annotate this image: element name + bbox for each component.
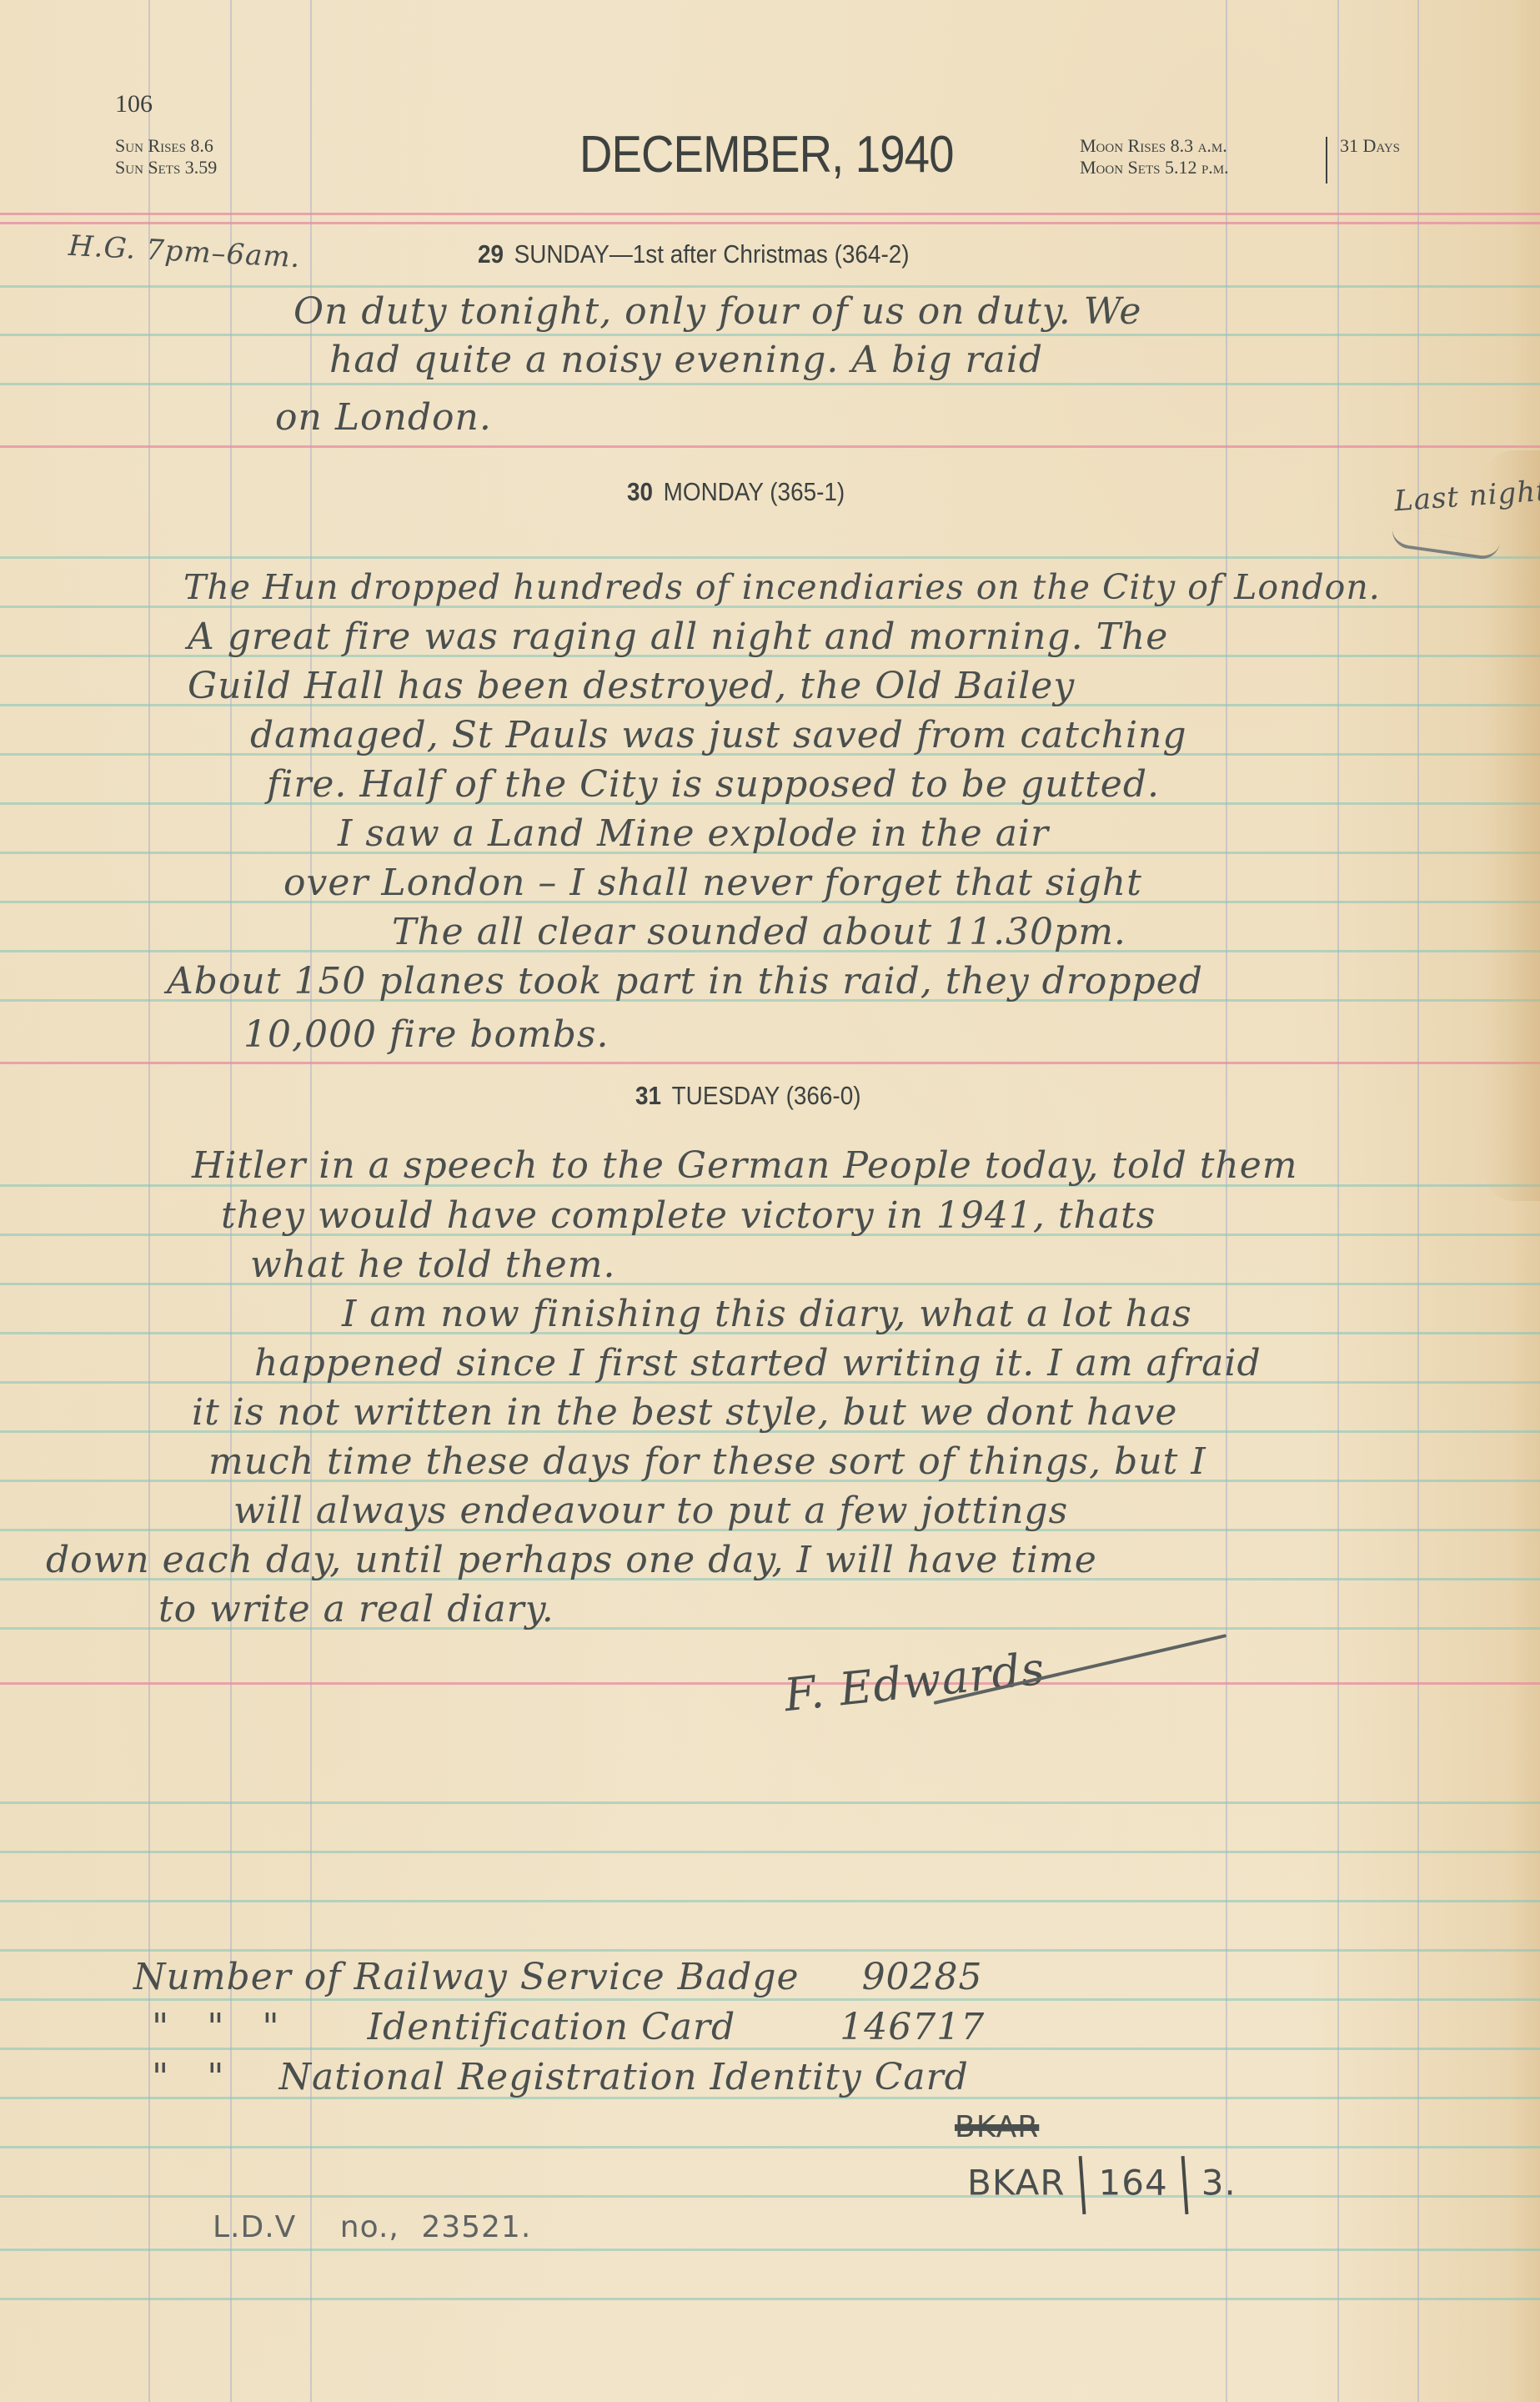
- entry-line: The Hun dropped hundreds of incendiaries…: [183, 567, 1381, 607]
- entry-line: to write a real diary.: [158, 1588, 554, 1631]
- entry-line: much time these days for these sort of t…: [208, 1440, 1206, 1483]
- national-registration-number: BKAR1643.: [967, 2156, 1237, 2214]
- entry-line: it is not written in the best style, but…: [192, 1391, 1177, 1434]
- page-number: 106: [115, 90, 153, 118]
- moon-rises: Moon Rises 8.3 a.m.: [1080, 135, 1229, 157]
- day-number: 30: [627, 477, 653, 506]
- entry-line: About 150 planes took part in this raid,…: [167, 960, 1203, 1003]
- margin-line: [1417, 0, 1419, 2402]
- struck-out-code: BKAR: [955, 2110, 1039, 2144]
- railway-badge-value: 90285: [862, 1956, 983, 1998]
- ruled-line: [0, 383, 1540, 385]
- ldv-row: L.D.V no., 23521.: [213, 2210, 531, 2244]
- ruled-line: [0, 2146, 1540, 2148]
- entry-line: over London – I shall never forget that …: [283, 862, 1142, 904]
- header-separator: [1326, 137, 1327, 183]
- railway-badge-row: Number of Railway Service Badge 90285: [133, 1956, 983, 1998]
- entry-line: happened since I first started writing i…: [254, 1342, 1262, 1384]
- entry-line: damaged, St Pauls was just saved from ca…: [250, 714, 1187, 756]
- entry-line: On duty tonight, only four of us on duty…: [293, 290, 1141, 333]
- day-divider: [0, 445, 1540, 448]
- margin-line: [1226, 0, 1227, 2402]
- ruled-line: [0, 1949, 1540, 1952]
- ldv-no-label: no.,: [340, 2210, 399, 2244]
- entry-line: they would have complete victory in 1941…: [221, 1194, 1156, 1237]
- nat-reg-code-part: 164: [1099, 2163, 1168, 2204]
- day-label: SUNDAY—1st after Christmas (364-2): [514, 239, 910, 269]
- railway-badge-label: Number of Railway Service Badge: [133, 1956, 800, 1998]
- day-number: 31: [635, 1081, 661, 1110]
- entry-line: will always endeavour to put a few jotti…: [233, 1490, 1068, 1532]
- entry-line: fire. Half of the City is supposed to be…: [267, 763, 1160, 806]
- day-heading: 29SUNDAY—1st after Christmas (364-2): [478, 239, 910, 269]
- ruled-line: [0, 1998, 1540, 2001]
- ruled-line: [0, 2195, 1540, 2198]
- entry-line: on London.: [275, 396, 492, 439]
- margin-line: [148, 0, 150, 2402]
- day-number: 29: [478, 239, 504, 269]
- entry-line: I saw a Land Mine explode in the air: [338, 812, 1049, 855]
- entry-line: had quite a noisy evening. A big raid: [329, 339, 1043, 381]
- national-registration-label: National Registration Identity Card: [278, 2056, 968, 2098]
- slash-divider: [1078, 2156, 1086, 2214]
- ditto-marks: " ": [152, 2056, 224, 2098]
- entry-line: I am now finishing this diary, what a lo…: [342, 1293, 1192, 1335]
- entry-line: Hitler in a speech to the German People …: [192, 1144, 1298, 1187]
- signature: F. Edwards: [782, 1642, 1048, 1721]
- margin-note: H.G. 7pm–6am.: [68, 229, 301, 275]
- sun-times: Sun Rises 8.6 Sun Sets 3.59: [115, 135, 217, 178]
- sun-rises: Sun Rises 8.6: [115, 135, 217, 157]
- sun-sets: Sun Sets 3.59: [115, 157, 217, 178]
- header-divider: [0, 213, 1540, 215]
- entry-line: The all clear sounded about 11.30pm.: [392, 911, 1126, 953]
- ruled-line: [0, 556, 1540, 559]
- ruled-line: [0, 1283, 1540, 1285]
- days-in-month: 31 Days: [1340, 135, 1400, 157]
- ruled-line: [0, 334, 1540, 336]
- ruled-line: [0, 1900, 1540, 1902]
- ditto-marks: " " ": [152, 2006, 280, 2048]
- day-heading: 30MONDAY (365-1): [627, 477, 845, 507]
- day-divider: [0, 1062, 1540, 1064]
- header-divider: [0, 222, 1540, 224]
- ldv-value: 23521.: [421, 2210, 531, 2244]
- moon-sets: Moon Sets 5.12 p.m.: [1080, 157, 1229, 178]
- nat-reg-code-part: 3.: [1201, 2163, 1237, 2204]
- entry-line: 10,000 fire bombs.: [243, 1013, 609, 1056]
- entry-line: down each day, until perhaps one day, I …: [46, 1539, 1097, 1581]
- ruled-line: [0, 1851, 1540, 1853]
- id-card-row: " " " Identification Card 146717: [152, 2006, 985, 2048]
- id-card-label: Identification Card: [368, 2006, 736, 2048]
- day-heading: 31TUESDAY (366-0): [635, 1081, 861, 1111]
- ruled-line: [0, 1801, 1540, 1804]
- day-label: MONDAY (365-1): [664, 477, 845, 506]
- nat-reg-code-part: BKAR: [967, 2163, 1066, 2204]
- day-divider: [0, 1682, 1540, 1685]
- ruled-line: [0, 2298, 1540, 2300]
- ruled-line: [0, 285, 1540, 288]
- page-title: DECEMBER, 1940: [579, 125, 954, 184]
- margin-line: [1337, 0, 1339, 2402]
- day-label: TUESDAY (366-0): [672, 1081, 861, 1110]
- entry-line: what he told them.: [250, 1244, 615, 1286]
- ldv-label: L.D.V: [213, 2210, 296, 2244]
- ruled-line: [0, 2249, 1540, 2251]
- water-stain: [1482, 450, 1540, 1201]
- id-card-value: 146717: [840, 2006, 985, 2048]
- moon-times: Moon Rises 8.3 a.m. Moon Sets 5.12 p.m.: [1080, 135, 1229, 178]
- entry-line: A great fire was raging all night and mo…: [188, 616, 1168, 658]
- entry-line: Guild Hall has been destroyed, the Old B…: [188, 665, 1075, 707]
- national-registration-row: " " National Registration Identity Card: [152, 2056, 969, 2098]
- slash-divider: [1181, 2156, 1188, 2214]
